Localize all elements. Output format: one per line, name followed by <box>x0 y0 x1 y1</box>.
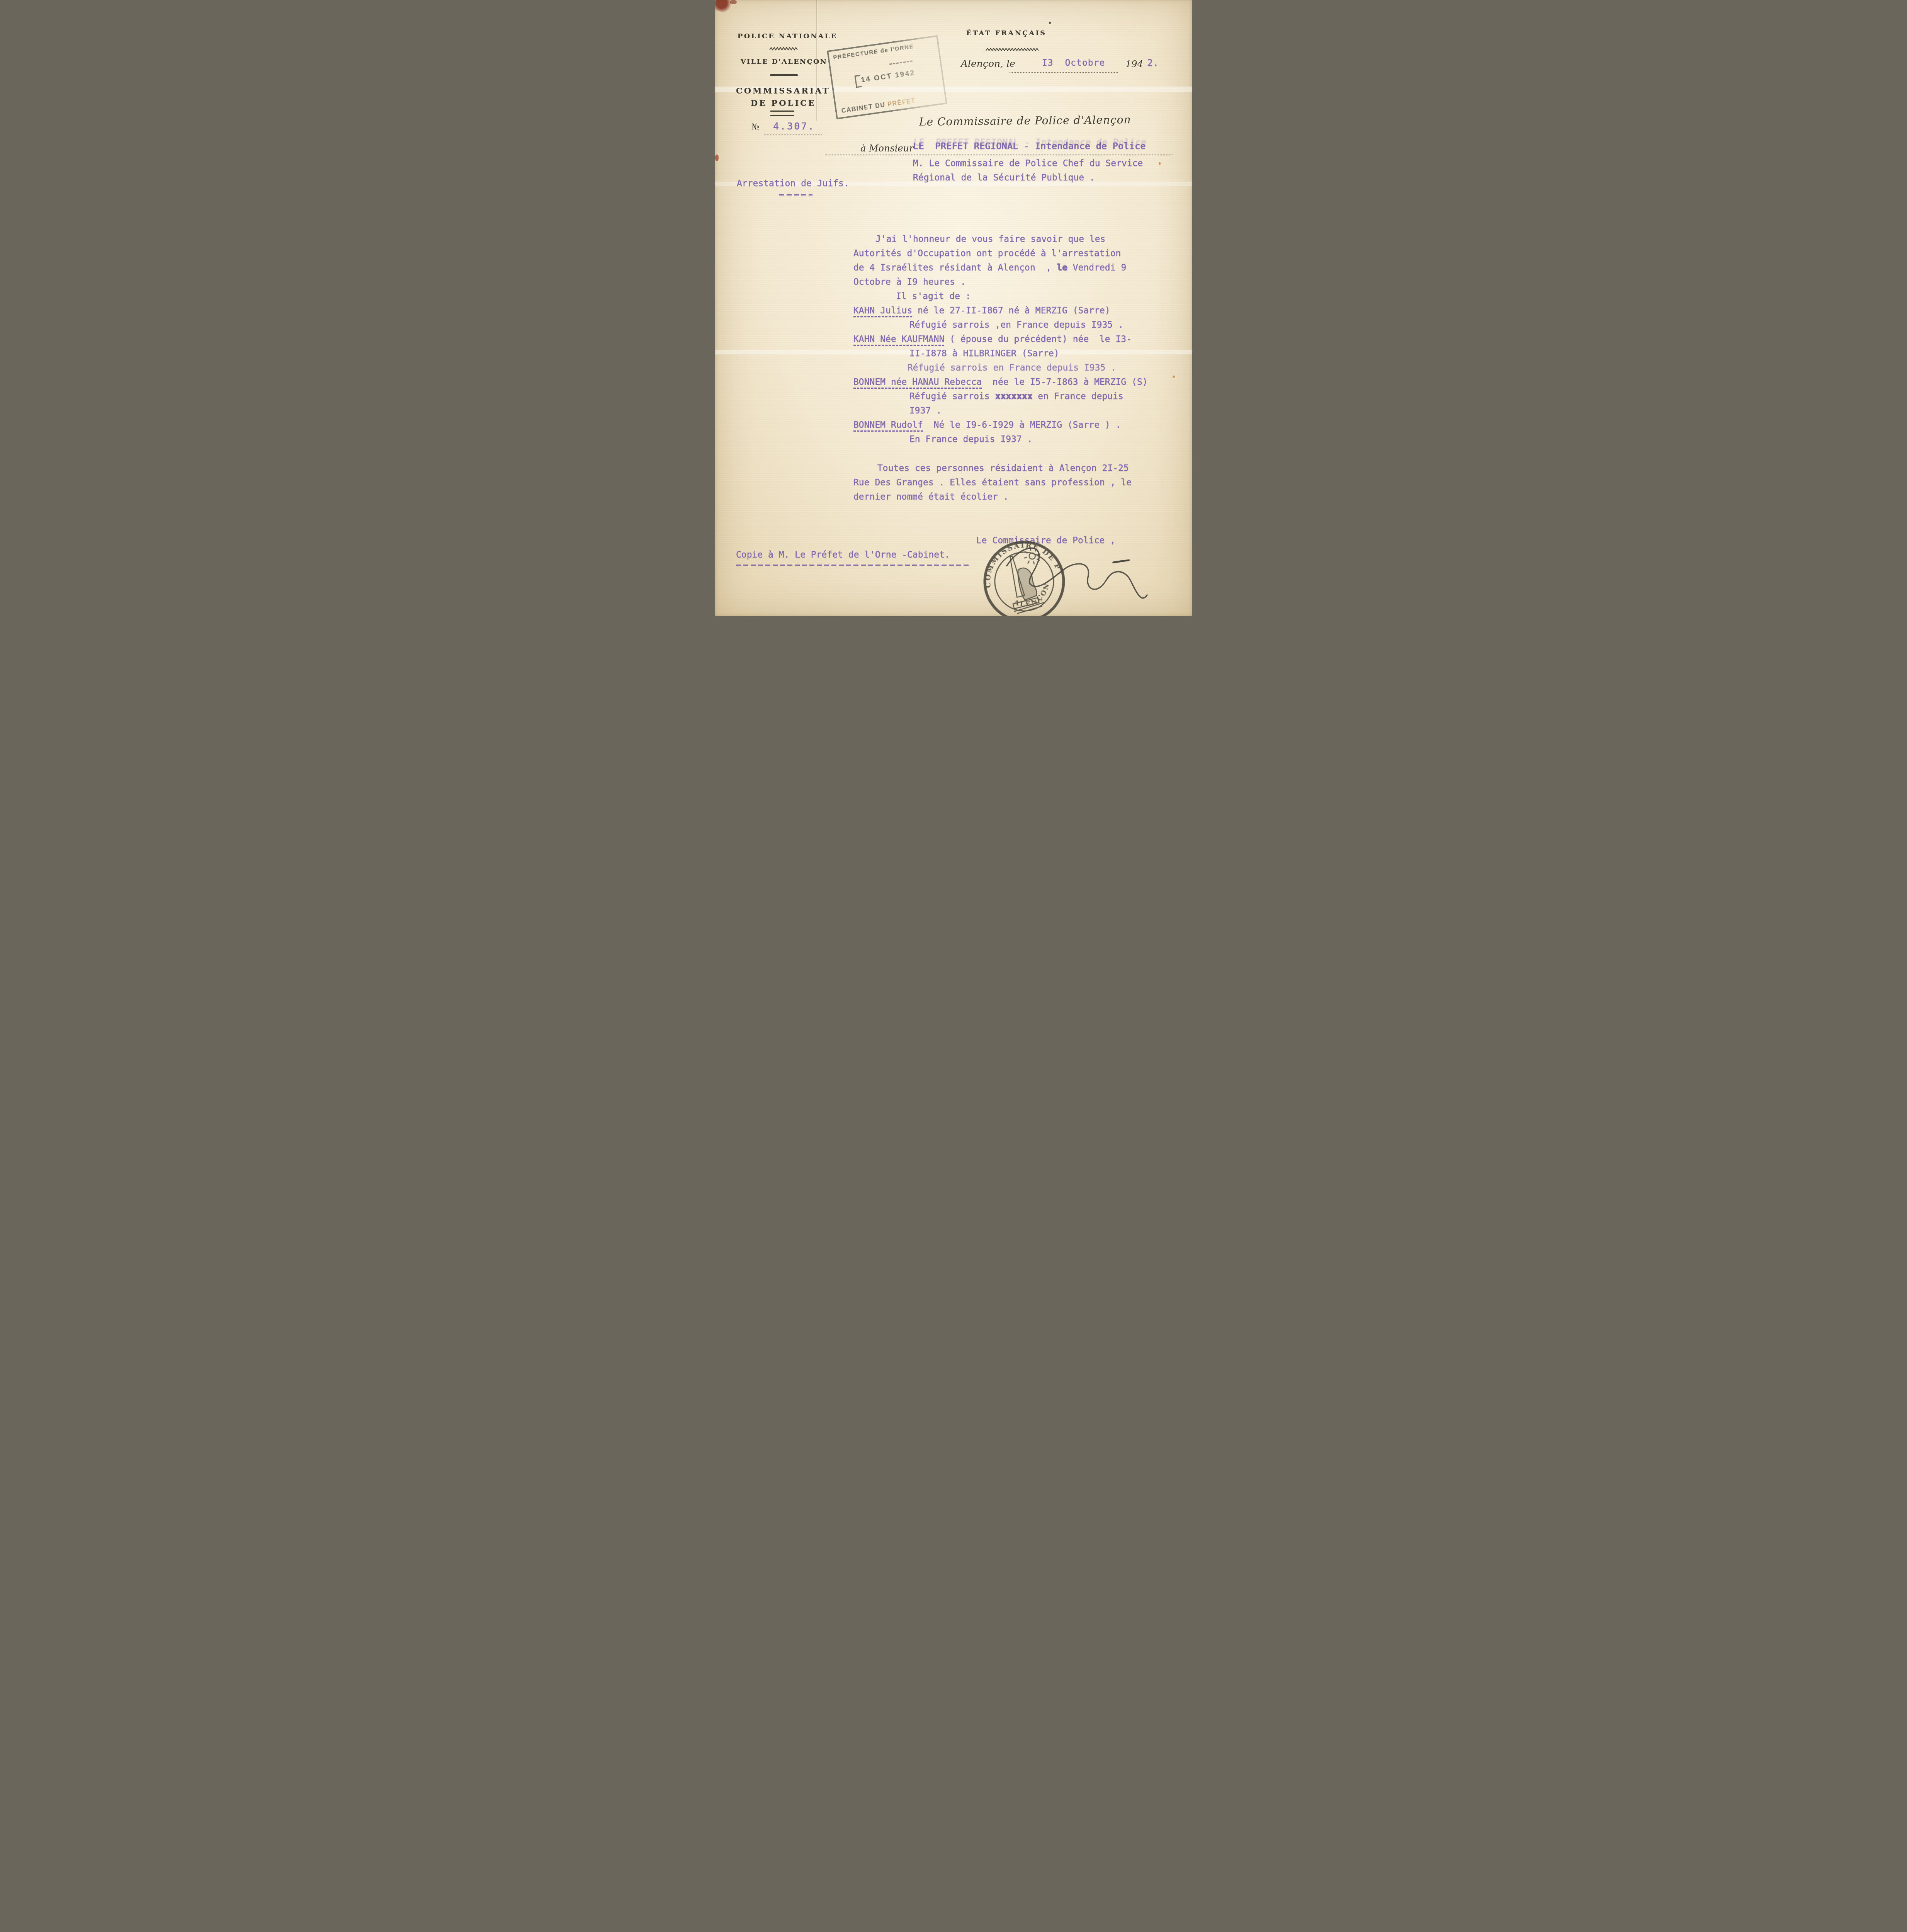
recipient-dotted-line <box>825 144 1173 155</box>
body-line: J'ai l'honneur de vous faire savoir que … <box>875 234 1105 244</box>
body-text: Réfugié sarrois <box>909 391 995 401</box>
stamp-cabinet-line: CABINET DU PRÉFET <box>841 97 916 115</box>
scan-speck <box>1049 22 1051 24</box>
ref-label: № <box>751 122 759 131</box>
body-line: Réfugié sarrois en France depuis I935 . <box>908 363 1116 373</box>
divider-bar <box>770 74 798 76</box>
printed-year: 194 <box>1125 59 1143 70</box>
body-line: dernier nommé était écolier . <box>853 492 1009 502</box>
body-text: de 4 Israélites résidant à Alençon , <box>853 263 1057 273</box>
prefecture-reception-stamp: PRÉFECTURE de l'ORNE 14 OCT 1942 CABINET… <box>827 35 947 120</box>
overstruck-word: le <box>1057 263 1067 273</box>
arrested-person-name: BONNEM née HANAU Rebecca <box>853 377 982 387</box>
squiggle-divider <box>986 48 1039 51</box>
body-line: Autorités d'Occupation ont procédé à l'a… <box>853 248 1121 259</box>
sender-title: Le Commissaire de Police d'Alençon <box>919 113 1131 128</box>
ref-number: 4.307. <box>773 121 815 132</box>
body-line: Il s'agit de : <box>896 291 971 301</box>
letterhead-city: VILLE D'ALENÇON <box>741 58 827 66</box>
scan-speck <box>1173 376 1175 378</box>
body-line: I937 . <box>909 406 942 416</box>
subject-underline <box>779 194 812 196</box>
copy-note-underline <box>736 565 969 566</box>
body-line: de 4 Israélites résidant à Alençon , le … <box>853 263 1126 273</box>
recipient-line2: M. Le Commissaire de Police Chef du Serv… <box>913 158 1143 168</box>
squiggle-divider <box>769 47 798 51</box>
body-text: née le I5-7-I863 à MERZIG (S) <box>982 377 1147 387</box>
scan-speck <box>1159 162 1161 165</box>
arrested-person-name: BONNEM Rudolf <box>853 420 923 430</box>
body-line: Rue Des Granges . Elles étaient sans pro… <box>853 478 1132 488</box>
body-text: Vendredi 9 <box>1067 263 1126 273</box>
copy-note: Copie à M. Le Préfet de l'Orne -Cabinet. <box>736 550 950 560</box>
body-line: Octobre à I9 heures . <box>853 277 966 287</box>
typed-date: I3 Octobre <box>1042 58 1105 68</box>
stamp-office-name: PRÉFECTURE de l'ORNE <box>833 43 914 61</box>
body-line: Toutes ces personnes résidaient à Alenço… <box>877 463 1129 473</box>
police-seal-and-signature: COMMISSAIRE DE POLICE ALENÇON <box>962 530 1179 616</box>
police-seal: COMMISSAIRE DE POLICE ALENÇON <box>962 530 1073 616</box>
body-line: Réfugié sarrois ,en France depuis I935 . <box>909 320 1123 330</box>
letterhead-office-line1: COMMISSARIAT <box>736 86 830 95</box>
scan-speck <box>715 155 719 161</box>
state-title: ÉTAT FRANÇAIS <box>966 29 1047 37</box>
stamp-date: 14 OCT 1942 <box>855 67 916 88</box>
letterhead-office-line2: DE POLICE <box>751 98 816 108</box>
body-text: en France depuis <box>1033 391 1123 401</box>
body-text: Né le I9-6-I929 à MERZIG (Sarre ) . <box>923 420 1121 430</box>
body-line: KAHN Julius né le 27-II-I867 né à MERZIG… <box>853 306 1110 316</box>
arrested-person-name: KAHN Julius <box>853 306 912 316</box>
body-line: Réfugié sarrois xxxxxxx en France depuis <box>909 391 1123 401</box>
subject-line: Arrestation de Juifs. <box>737 179 849 189</box>
body-line: KAHN Née KAUFMANN ( épouse du précédent)… <box>853 334 1132 344</box>
document-page: POLICE NATIONALE VILLE D'ALENÇON COMMISS… <box>715 0 1192 616</box>
stamp-cabinet-label: CABINET DU <box>841 102 888 115</box>
scan-speck <box>730 0 737 4</box>
stamp-dash <box>889 60 913 65</box>
struck-out-word: xxxxxxx <box>995 391 1033 401</box>
body-text: ( épouse du précédent) née le I3- <box>944 334 1132 344</box>
double-rule <box>770 111 794 116</box>
body-line: BONNEM Rudolf Né le I9-6-I929 à MERZIG (… <box>853 420 1121 430</box>
recipient-line3: Régional de la Sécurité Publique . <box>913 173 1095 183</box>
letterhead-agency: POLICE NATIONALE <box>738 32 838 40</box>
body-line: II-I878 à HILBRINGER (Sarre) <box>909 349 1059 359</box>
body-text: né le 27-II-I867 né à MERZIG (Sarre) <box>912 306 1110 316</box>
dateline-place: Alençon, le <box>961 58 1015 69</box>
scan-speck <box>715 0 735 15</box>
arrested-person-name: KAHN Née KAUFMANN <box>853 334 944 344</box>
typed-year-suffix: 2. <box>1147 57 1159 68</box>
stamp-prefet-label: PRÉFET <box>887 97 916 108</box>
body-line: BONNEM née HANAU Rebecca née le I5-7-I86… <box>853 377 1148 387</box>
body-line: En France depuis I937 . <box>909 434 1033 444</box>
